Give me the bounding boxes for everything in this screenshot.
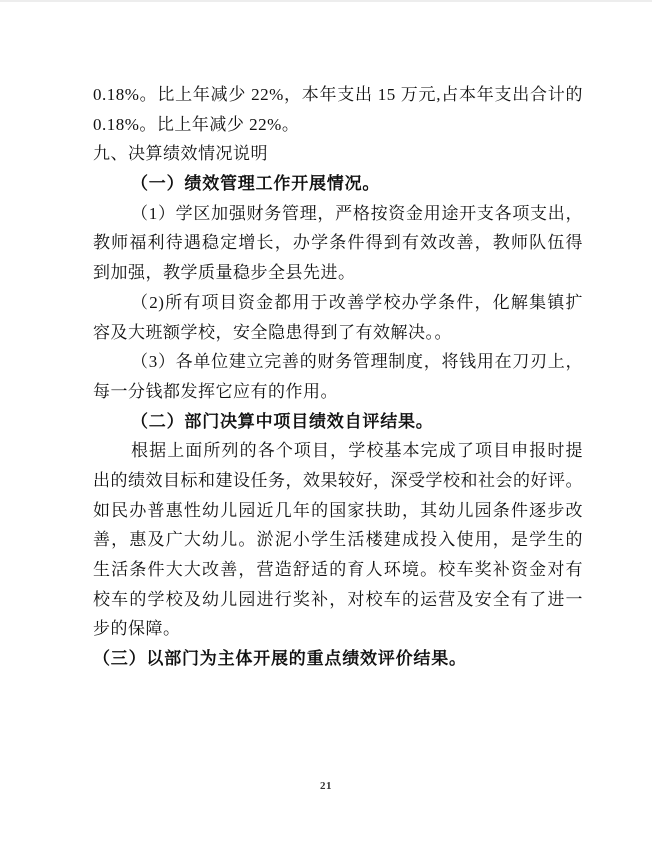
text-line: 0.18%。比上年减少 22%。 (93, 110, 583, 140)
text-line: 九、决算绩效情况说明 (93, 139, 583, 169)
text-line: （2)所有项目资金都用于改善学校办学条件，化解集镇扩 (93, 288, 583, 318)
text-line: 善，惠及广大幼儿。淤泥小学生活楼建成投入使用，是学生的 (93, 525, 583, 555)
text-line: （一）绩效管理工作开展情况。 (93, 169, 583, 199)
page-top-edge (0, 0, 652, 2)
text-line: 步的保障。 (93, 614, 583, 644)
text-line: 出的绩效目标和建设任务，效果较好，深受学校和社会的好评。 (93, 466, 583, 496)
text-line: 每一分钱都发挥它应有的作用。 (93, 377, 583, 407)
text-line: （三）以部门为主体开展的重点绩效评价结果。 (93, 644, 583, 674)
text-line: 容及大班额学校，安全隐患得到了有效解决。。 (93, 318, 583, 348)
text-line: 如民办普惠性幼儿园近几年的国家扶助，其幼儿园条件逐步改 (93, 496, 583, 526)
text-line: （3）各单位建立完善的财务管理制度，将钱用在刀刃上， (93, 347, 583, 377)
document-page: 0.18%。比上年减少 22%，本年支出 15 万元,占本年支出合计的0.18%… (0, 0, 652, 844)
document-body: 0.18%。比上年减少 22%，本年支出 15 万元,占本年支出合计的0.18%… (93, 80, 583, 674)
text-line: 校车的学校及幼儿园进行奖补，对校车的运营及安全有了进一 (93, 585, 583, 615)
text-line: （二）部门决算中项目绩效自评结果。 (93, 407, 583, 437)
page-number: 21 (0, 780, 652, 792)
text-line: 根据上面所列的各个项目，学校基本完成了项目申报时提 (93, 436, 583, 466)
text-line: 0.18%。比上年减少 22%，本年支出 15 万元,占本年支出合计的 (93, 80, 583, 110)
text-line: 教师福利待遇稳定增长，办学条件得到有效改善，教师队伍得 (93, 228, 583, 258)
text-line: （1）学区加强财务管理，严格按资金用途开支各项支出， (93, 199, 583, 229)
text-line: 生活条件大大改善，营造舒适的育人环境。校车奖补资金对有 (93, 555, 583, 585)
text-line: 到加强，教学质量稳步全县先进。 (93, 258, 583, 288)
